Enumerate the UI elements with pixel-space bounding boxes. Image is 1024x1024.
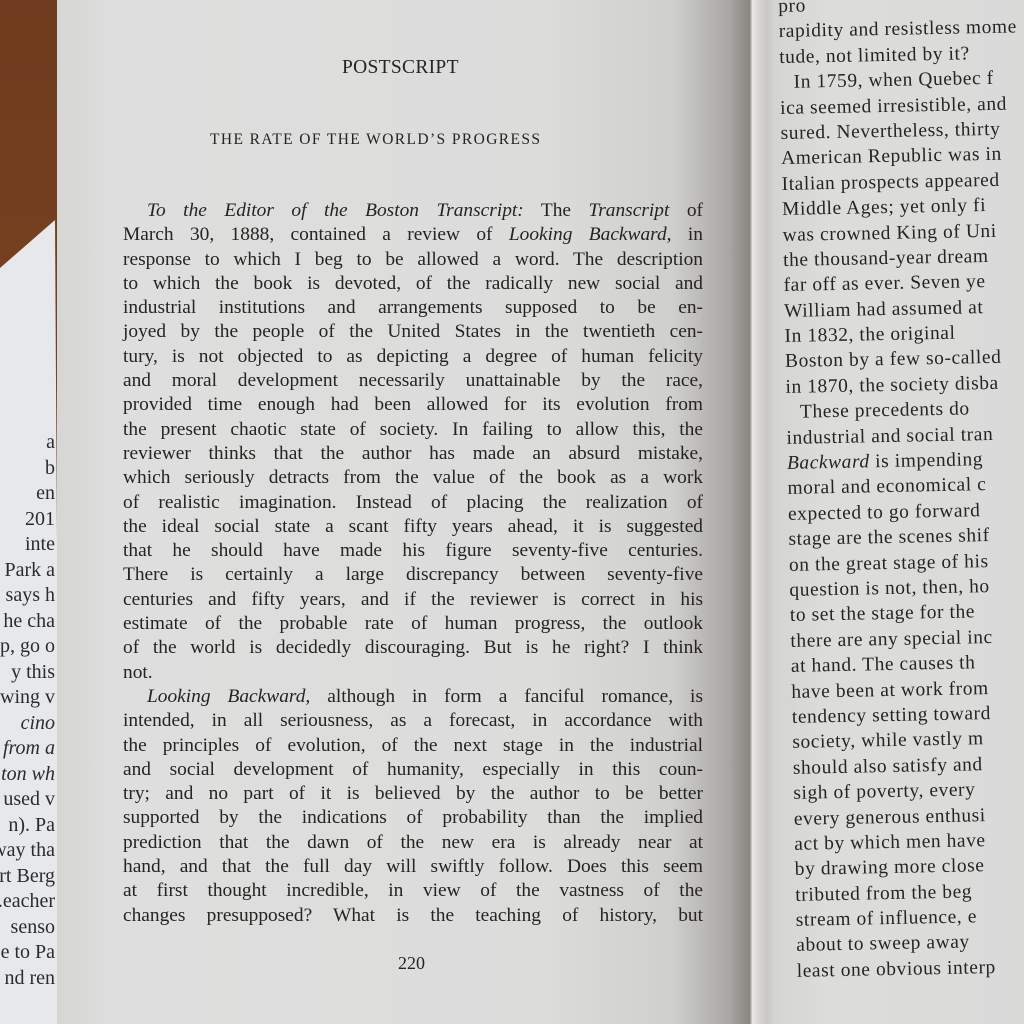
text-line: supported by the indications of probabil… — [123, 806, 703, 830]
text-fragment: he cha — [0, 609, 55, 635]
text-line: and moral development necessarily unatta… — [123, 369, 703, 393]
text-line: question is not, then, ho — [789, 572, 1024, 603]
book-gutter — [730, 0, 766, 1024]
text-line: estimate of the probable rate of human p… — [123, 612, 703, 636]
text-fragment: cino — [0, 711, 55, 737]
text-line: There is certainly a large discrepancy b… — [123, 563, 703, 587]
page-number: 220 — [398, 953, 425, 974]
text-line: of the world is decidedly discouraging. … — [123, 636, 703, 660]
text-fragment: e to Pa — [0, 940, 55, 966]
text-line: provided time enough had been allowed fo… — [123, 393, 703, 417]
right-page-body-text: prorapidity and resistless mometude, not… — [778, 0, 1024, 984]
text-line: reviewer thinks that the author has made… — [123, 442, 703, 466]
book-photo: aben201intePark asays hhe chap, go oy th… — [0, 0, 1024, 1024]
text-line: prediction that the dawn of the new era … — [123, 831, 703, 855]
text-line: tury, is not objected to as depicting a … — [123, 345, 703, 369]
text-fragment: eacher. — [0, 889, 55, 915]
text-fragment: Park a — [0, 558, 55, 584]
text-fragment: used v — [0, 787, 55, 813]
text-line: tendency setting toward — [792, 699, 1024, 730]
section-title: POSTSCRIPT — [342, 57, 459, 79]
text-line: which seriously detracts from the value … — [123, 466, 703, 490]
text-fragment: senso — [0, 915, 55, 941]
text-line: March 30, 1888, contained a review of Lo… — [123, 223, 703, 247]
text-line: hand, and that the full day will swiftly… — [123, 855, 703, 879]
text-line: rapidity and resistless mome — [778, 14, 1024, 45]
text-fragment: a — [0, 430, 55, 456]
text-line: and social development of humanity, espe… — [123, 758, 703, 782]
text-line: that he should have made his figure seve… — [123, 539, 703, 563]
text-line: at first thought incredible, in view of … — [123, 879, 703, 903]
text-fragment: p, go o — [0, 634, 55, 660]
text-fragment: b — [0, 456, 55, 482]
text-line: centuries and fifty years, and if the re… — [123, 588, 703, 612]
text-line: To the Editor of the Boston Transcript: … — [123, 199, 703, 223]
text-line: In 1759, when Quebec f — [779, 64, 1024, 95]
text-line: there are any special inc — [790, 623, 1024, 654]
text-line: intended, in all seriousness, as a forec… — [123, 709, 703, 733]
text-fragment: inte — [0, 532, 55, 558]
text-line: in 1870, the society disba — [785, 369, 1024, 400]
text-line: the present chaotic state of society. In… — [123, 418, 703, 442]
text-fragment: nd ren — [0, 966, 55, 992]
text-line: stage are the scenes shif — [788, 521, 1024, 552]
text-line: least one obvious interp — [797, 953, 1024, 984]
text-fragment: n). Pa — [0, 813, 55, 839]
text-line: Looking Backward, although in form a fan… — [123, 685, 703, 709]
text-fragment: en — [0, 481, 55, 507]
left-page-body-text: To the Editor of the Boston Transcript: … — [123, 199, 703, 928]
text-line: industrial institutions and arrangements… — [123, 296, 703, 320]
text-line: industrial and social tran — [786, 420, 1024, 451]
text-fragment: y this — [0, 660, 55, 686]
text-fragment: says h — [0, 583, 55, 609]
text-fragment: wing v — [0, 685, 55, 711]
background-book-text: aben201intePark asays hhe chap, go oy th… — [0, 430, 55, 1024]
text-line: joyed by the people of the United States… — [123, 320, 703, 344]
text-fragment: rt Berg — [0, 864, 55, 890]
text-line: of realistic imagination. Instead of pla… — [123, 491, 703, 515]
text-line: changes presupposed? What is the teachin… — [123, 904, 703, 928]
text-line: the ideal social state a scant fifty yea… — [123, 515, 703, 539]
text-fragment: from a — [0, 736, 55, 762]
text-line: the principles of evolution, of the next… — [123, 734, 703, 758]
text-fragment: ton wh — [0, 762, 55, 788]
text-line: Italian prospects appeared — [781, 166, 1024, 197]
text-fragment: 201 — [0, 507, 55, 533]
text-line: response to which I beg to be allowed a … — [123, 248, 703, 272]
text-fragment: way tha — [0, 838, 55, 864]
chapter-title: THE RATE OF THE WORLD’S PROGRESS — [210, 131, 541, 149]
text-line: to which the book is devoted, of the rad… — [123, 272, 703, 296]
text-line: not. — [123, 661, 703, 685]
text-line: try; and no part of it is believed by th… — [123, 782, 703, 806]
text-line: the thousand-year dream — [783, 242, 1024, 273]
